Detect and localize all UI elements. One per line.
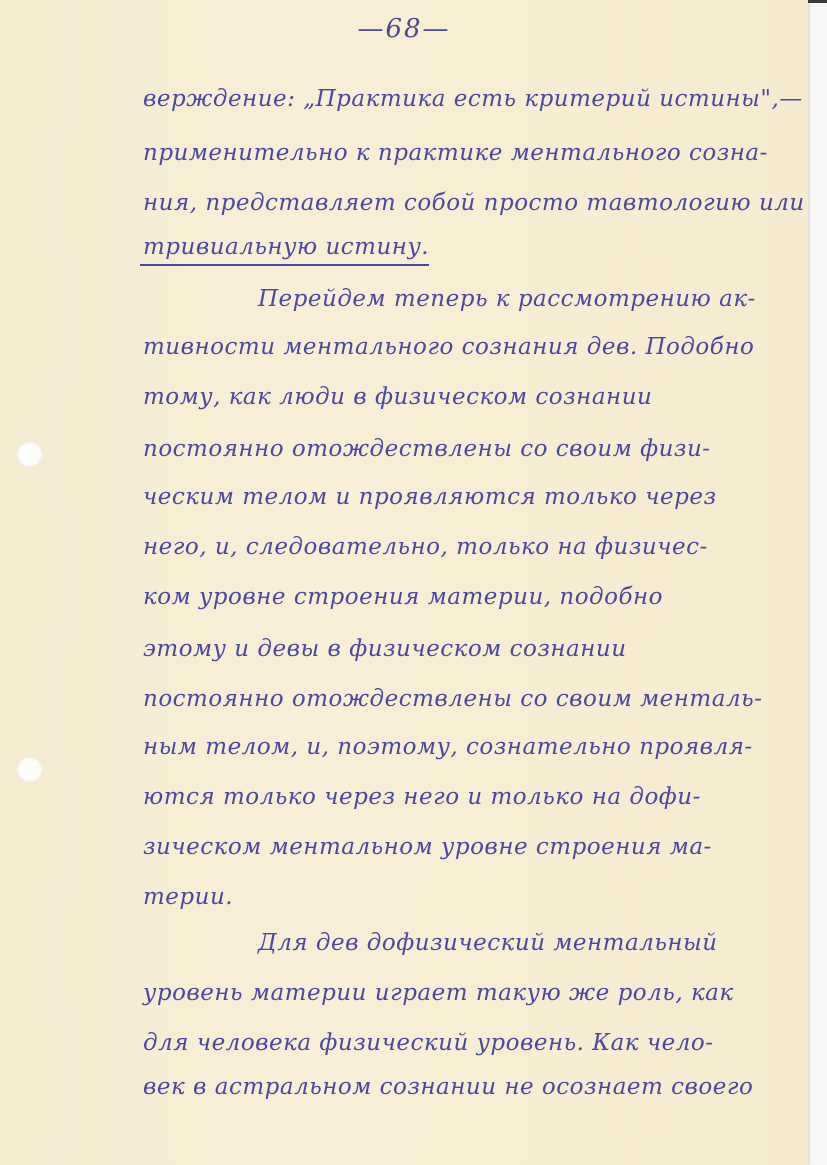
text-line: терии. <box>143 884 233 910</box>
text-line: ются только через него и только на дофи- <box>143 784 701 810</box>
punch-hole <box>17 442 42 467</box>
punch-hole <box>17 757 42 782</box>
paragraph-start: Для дев дофизический ментальный <box>258 930 718 956</box>
text-line: него, и, следовательно, только на физиче… <box>143 534 708 560</box>
text-line: постоянно отождествлены со своим менталь… <box>143 686 762 712</box>
text-line: ным телом, и, поэтому, сознательно прояв… <box>143 734 753 760</box>
paragraph-start: Перейдем теперь к рассмотрению ак- <box>258 286 756 312</box>
text-line: постоянно отождествлены со своим физи- <box>143 436 711 462</box>
text-line: тому, как люди в физическом сознании <box>143 384 652 410</box>
page-number: —68— <box>0 14 808 44</box>
text-line: ком уровне строения материи, подобно <box>143 584 663 610</box>
text-line-underlined: тривиальную истину. <box>143 234 429 266</box>
text-line: применительно к практике ментального соз… <box>143 140 768 166</box>
text-line: зическом ментальном уровне строения ма- <box>143 834 712 860</box>
text-line: уровень материи играет такую же роль, ка… <box>143 980 734 1006</box>
text-line: верждение: „Практика есть критерий истин… <box>143 86 803 112</box>
second-underline <box>140 264 255 266</box>
text-line: для человека физический уровень. Как чел… <box>143 1030 714 1056</box>
scan-edge <box>808 0 827 3</box>
text-line: тивности ментального сознания дев. Подоб… <box>143 334 754 360</box>
text-line: век в астральном сознании не осознает св… <box>143 1074 753 1100</box>
text-line: этому и девы в физическом сознании <box>143 636 627 662</box>
text-line: ческим телом и проявляются только через <box>143 484 717 510</box>
manuscript-page: —68— верждение: „Практика есть критерий … <box>0 0 808 1165</box>
text-line: ния, представляет собой просто тавтологи… <box>143 190 805 216</box>
